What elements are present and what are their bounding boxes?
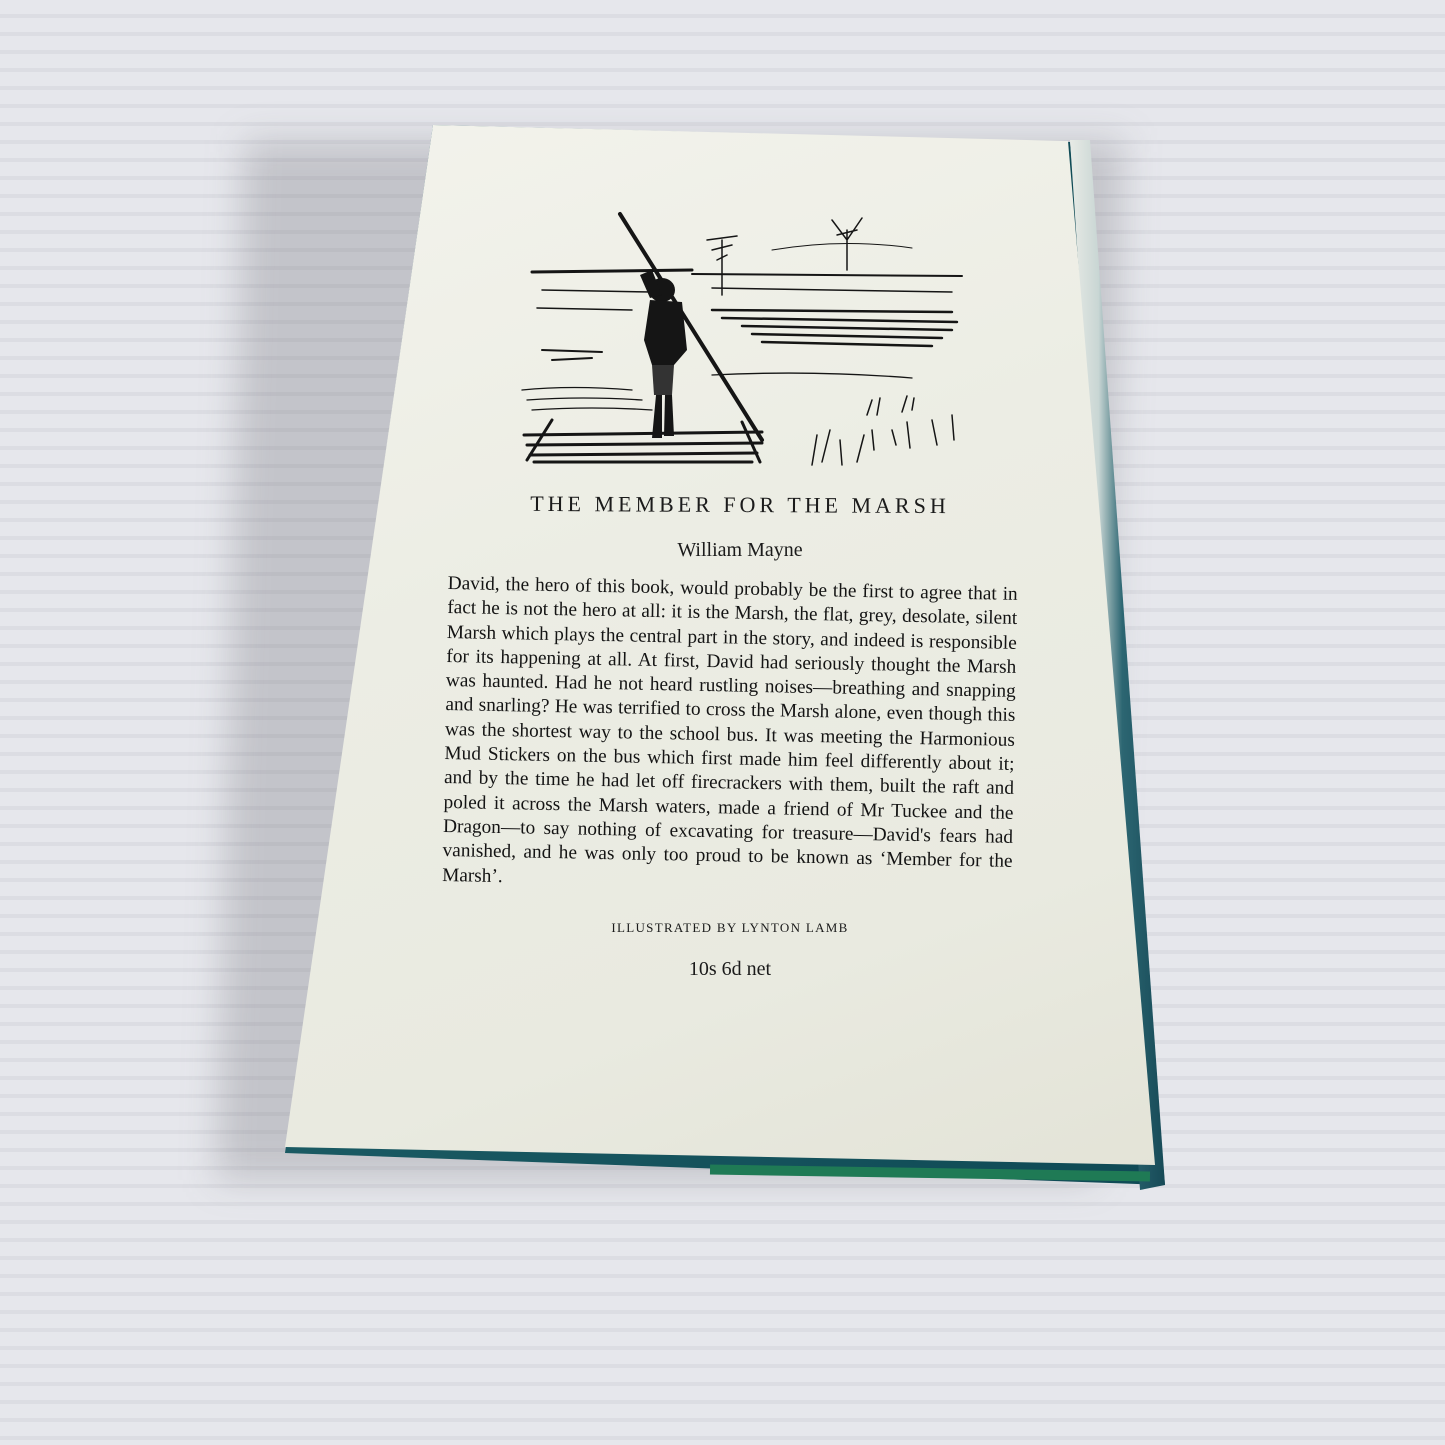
book-price: 10s 6d net	[560, 958, 900, 981]
marsh-raft-illustration	[512, 200, 974, 472]
illustrator-credit: ILLUSTRATED BY LYNTON LAMB	[560, 920, 900, 936]
book-author: William Mayne	[440, 539, 1040, 562]
book-blurb: David, the hero of this book, would prob…	[442, 572, 1018, 899]
book-title: THE MEMBER FOR THE MARSH	[440, 490, 1040, 519]
